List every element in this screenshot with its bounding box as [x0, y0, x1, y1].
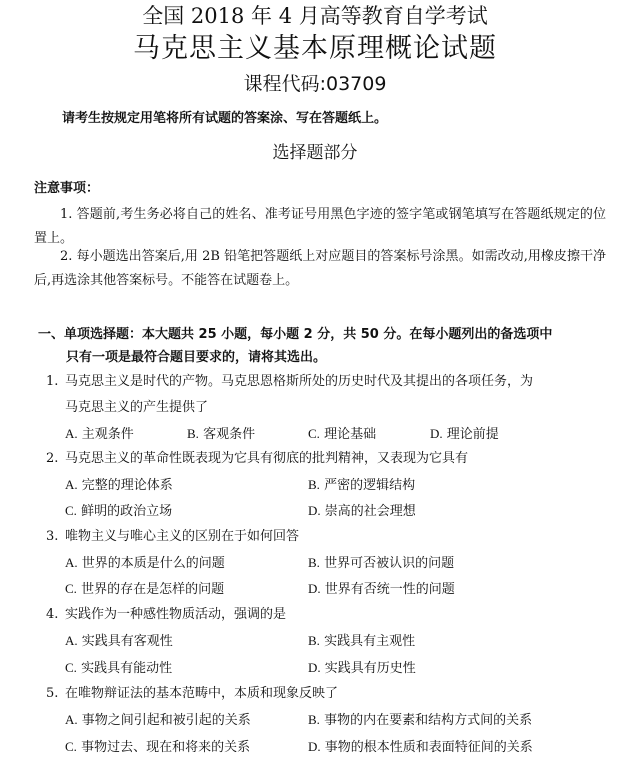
q5-option-d[interactable]: D. 事物的根本性质和表面特征间的关系 [308, 736, 533, 759]
question-text: 马克思主义是时代的产物。马克思恩格斯所处的历史时代及其提出的各项任务，为 [65, 374, 533, 389]
notice-heading: 注意事项： [34, 180, 99, 198]
q1-option-d[interactable]: D. 理论前提 [430, 423, 499, 446]
q1-option-a[interactable]: A. 主观条件 [65, 423, 134, 446]
question-3-stem: 3.唯物主义与唯心主义的区别在于如何回答 [46, 526, 299, 548]
question-number: 2. [46, 448, 65, 470]
section-title: 选择题部分 [0, 142, 630, 164]
q3-option-a[interactable]: A. 世界的本质是什么的问题 [65, 552, 225, 575]
exam-title: 马克思主义基本原理概论试题 [0, 32, 630, 66]
question-number: 4. [46, 604, 65, 626]
q2-option-c[interactable]: C. 鲜明的政治立场 [65, 500, 172, 523]
q1-option-c[interactable]: C. 理论基础 [308, 423, 376, 446]
q2-option-a[interactable]: A. 完整的理论体系 [65, 474, 173, 497]
q5-option-c[interactable]: C. 事物过去、现在和将来的关系 [65, 736, 250, 759]
q3-option-d[interactable]: D. 世界有否统一性的问题 [308, 578, 455, 601]
part-one-heading-line2: 只有一项是最符合题目要求的，请将其选出。 [38, 346, 578, 369]
question-1-stem-cont: 马克思主义的产生提供了 [65, 397, 208, 419]
part-one-heading: 一、单项选择题：本大题共 25 小题，每小题 2 分，共 50 分。在每小题列出… [38, 323, 578, 369]
question-number: 5. [46, 683, 65, 705]
part-one-heading-line1: 一、单项选择题：本大题共 25 小题，每小题 2 分，共 50 分。在每小题列出… [38, 327, 552, 342]
question-text: 马克思主义的革命性既表现为它具有彻底的批判精神，又表现为它具有 [65, 451, 468, 466]
question-2-stem: 2.马克思主义的革命性既表现为它具有彻底的批判精神，又表现为它具有 [46, 448, 468, 470]
question-text: 实践作为一种感性物质活动，强调的是 [65, 607, 286, 622]
q4-option-a[interactable]: A. 实践具有客观性 [65, 630, 173, 653]
general-instruction: 请考生按规定用笔将所有试题的答案涂、写在答题纸上。 [62, 110, 387, 128]
question-text: 唯物主义与唯心主义的区别在于如何回答 [65, 529, 299, 544]
notice-item-2: 2. 每小题选出答案后,用 2B 铅笔把答题纸上对应题目的答案标号涂黑。如需改动… [34, 245, 606, 293]
q3-option-c[interactable]: C. 世界的存在是怎样的问题 [65, 578, 224, 601]
q4-option-d[interactable]: D. 实践具有历史性 [308, 657, 416, 680]
q1-option-b[interactable]: B. 客观条件 [187, 423, 255, 446]
q2-option-b[interactable]: B. 严密的逻辑结构 [308, 474, 415, 497]
question-number: 3. [46, 526, 65, 548]
question-text: 在唯物辩证法的基本范畴中，本质和现象反映了 [65, 686, 338, 701]
q2-option-d[interactable]: D. 崇高的社会理想 [308, 500, 416, 523]
question-5-stem: 5.在唯物辩证法的基本范畴中，本质和现象反映了 [46, 683, 338, 705]
question-4-stem: 4.实践作为一种感性物质活动，强调的是 [46, 604, 286, 626]
q4-option-b[interactable]: B. 实践具有主观性 [308, 630, 415, 653]
course-code: 课程代码:03709 [0, 72, 630, 96]
notice-item-1: 1. 答题前,考生务必将自己的姓名、准考证号用黑色字迹的签字笔或钢笔填写在答题纸… [34, 203, 606, 251]
q4-option-c[interactable]: C. 实践具有能动性 [65, 657, 172, 680]
q5-option-a[interactable]: A. 事物之间引起和被引起的关系 [65, 709, 251, 732]
q3-option-b[interactable]: B. 世界可否被认识的问题 [308, 552, 454, 575]
question-number: 1. [46, 371, 65, 393]
question-1-stem: 1.马克思主义是时代的产物。马克思恩格斯所处的历史时代及其提出的各项任务，为 [46, 371, 533, 393]
exam-session-line: 全国 2018 年 4 月高等教育自学考试 [0, 3, 630, 29]
q5-option-b[interactable]: B. 事物的内在要素和结构方式间的关系 [308, 709, 532, 732]
